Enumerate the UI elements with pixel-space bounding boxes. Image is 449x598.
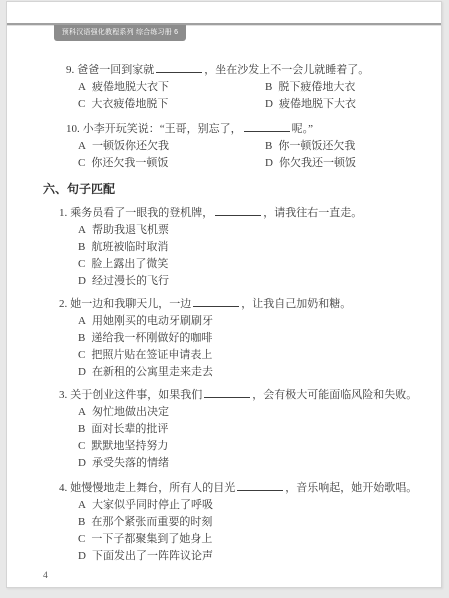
option-text: 疲倦地脱下大衣 [279, 98, 356, 110]
option-letter: C [78, 98, 85, 110]
option-c: C默默地坚持努力 [78, 438, 441, 455]
option-c: C你还欠我一顿饭 [78, 155, 265, 172]
stem-post: ，让我自己加奶和糖。 [241, 298, 351, 310]
option-d: D在新租的公寓里走来走去 [78, 364, 441, 381]
stem-pre: 关于创业这件事，如果我们 [70, 389, 202, 401]
item-stem: 1.乘务员看了一眼我的登机牌，，请我往右一直走。 [7, 203, 441, 222]
question-number: 10. [66, 123, 80, 135]
option-text: 大衣疲倦地脱下 [91, 98, 168, 110]
option-b: B递给我一杯刚做好的咖啡 [78, 330, 441, 347]
option-letter: B [265, 81, 272, 93]
option-letter: D [265, 157, 273, 169]
option-text: 你一顿饭还欠我 [278, 140, 355, 152]
question-10: 10.小李开玩笑说：“王哥，别忘了，呢。” A一顿饭你还欠我 B你一顿饭还欠我 … [7, 119, 441, 172]
option-letter: D [265, 98, 273, 110]
option-b: B脱下疲倦地大衣 [265, 79, 441, 96]
option-text: 递给我一杯刚做好的咖啡 [91, 332, 212, 344]
option-text: 把照片贴在签证申请表上 [91, 349, 212, 361]
option-text: 大家似乎同时停止了呼吸 [92, 499, 213, 511]
item-number: 4. [59, 482, 67, 494]
option-letter: B [78, 423, 85, 435]
match-item-4: 4.她慢慢地走上舞台，所有人的目光，音乐响起，她开始歌唱。 A大家似乎同时停止了… [7, 478, 441, 565]
option-letter: A [78, 499, 86, 511]
option-letter: A [78, 140, 86, 152]
option-text: 在新租的公寓里走来走去 [92, 366, 213, 378]
option-letter: C [78, 533, 85, 545]
blank-line [215, 203, 261, 216]
blank-line [156, 60, 202, 73]
option-text: 在那个紧张而重要的时刻 [91, 516, 212, 528]
options-list: A匆忙地做出决定 B面对长辈的批评 C默默地坚持努力 D承受失落的情绪 [7, 404, 441, 472]
option-d: D疲倦地脱下大衣 [265, 96, 441, 113]
series-badge: 预科汉语强化教程系列 综合练习册 6 [54, 25, 186, 41]
option-letter: D [78, 275, 86, 287]
blank-line [193, 294, 239, 307]
option-letter: A [78, 406, 86, 418]
stem-post: 呢。” [292, 123, 313, 135]
option-letter: C [78, 440, 85, 452]
option-a: A疲倦地脱大衣下 [78, 79, 265, 96]
page-content: 9.爸爸一回到家就，坐在沙发上不一会儿就睡着了。 A疲倦地脱大衣下 B脱下疲倦地… [7, 60, 441, 583]
option-d: D承受失落的情绪 [78, 455, 441, 472]
option-text: 疲倦地脱大衣下 [92, 81, 169, 93]
option-a: A帮助我退飞机票 [78, 222, 441, 239]
option-text: 一下子都聚集到了她身上 [91, 533, 212, 545]
option-a: A用她刚买的电动牙刷刷牙 [78, 313, 441, 330]
option-c: C一下子都聚集到了她身上 [78, 531, 441, 548]
question-stem: 9.爸爸一回到家就，坐在沙发上不一会儿就睡着了。 [7, 60, 441, 79]
option-text: 帮助我退飞机票 [92, 224, 169, 236]
option-text: 承受失落的情绪 [92, 457, 169, 469]
item-stem: 3.关于创业这件事，如果我们，会有极大可能面临风险和失败。 [7, 385, 441, 404]
match-item-3: 3.关于创业这件事，如果我们，会有极大可能面临风险和失败。 A匆忙地做出决定 B… [7, 385, 441, 472]
item-number: 3. [59, 389, 67, 401]
option-d: D你欠我还一顿饭 [265, 155, 441, 172]
option-letter: B [78, 241, 85, 253]
option-b: B你一顿饭还欠我 [265, 138, 441, 155]
item-number: 2. [59, 298, 67, 310]
option-d: D经过漫长的飞行 [78, 273, 441, 290]
option-letter: D [78, 366, 86, 378]
option-text: 航班被临时取消 [91, 241, 168, 253]
option-text: 默默地坚持努力 [91, 440, 168, 452]
option-d: D下面发出了一阵阵议论声 [78, 548, 441, 565]
option-text: 你欠我还一顿饭 [279, 157, 356, 169]
blank-line [237, 478, 283, 491]
stem-post: ，请我往右一直走。 [263, 207, 362, 219]
stem-pre: 乘务员看了一眼我的登机牌， [70, 207, 213, 219]
option-a: A大家似乎同时停止了呼吸 [78, 497, 441, 514]
section-title: 六、句子匹配 [7, 181, 441, 198]
option-b: B航班被临时取消 [78, 239, 441, 256]
option-letter: C [78, 157, 85, 169]
option-b: B在那个紧张而重要的时刻 [78, 514, 441, 531]
blank-line [244, 119, 290, 132]
stem-pre: 小李开玩笑说：“王哥，别忘了， [83, 123, 242, 135]
option-text: 脱下疲倦地大衣 [278, 81, 355, 93]
option-b: B面对长辈的批评 [78, 421, 441, 438]
item-number: 1. [59, 207, 67, 219]
question-number: 9. [66, 64, 74, 76]
option-text: 一顿饭你还欠我 [92, 140, 169, 152]
stem-post: ，会有极大可能面临风险和失败。 [252, 389, 417, 401]
question-9: 9.爸爸一回到家就，坐在沙发上不一会儿就睡着了。 A疲倦地脱大衣下 B脱下疲倦地… [7, 60, 441, 113]
item-stem: 2.她一边和我聊天儿，一边，让我自己加奶和糖。 [7, 294, 441, 313]
options-list: A用她刚买的电动牙刷刷牙 B递给我一杯刚做好的咖啡 C把照片贴在签证申请表上 D… [7, 313, 441, 381]
question-stem: 10.小李开玩笑说：“王哥，别忘了，呢。” [7, 119, 441, 138]
options-grid: A一顿饭你还欠我 B你一顿饭还欠我 C你还欠我一顿饭 D你欠我还一顿饭 [7, 138, 441, 172]
stem-post: ，音乐响起，她开始歌唱。 [285, 482, 417, 494]
option-text: 你还欠我一顿饭 [91, 157, 168, 169]
option-text: 经过漫长的飞行 [92, 275, 169, 287]
match-item-2: 2.她一边和我聊天儿，一边，让我自己加奶和糖。 A用她刚买的电动牙刷刷牙 B递给… [7, 294, 441, 381]
option-a: A一顿饭你还欠我 [78, 138, 265, 155]
option-c: C大衣疲倦地脱下 [78, 96, 265, 113]
option-letter: B [78, 516, 85, 528]
option-c: C把照片贴在签证申请表上 [78, 347, 441, 364]
option-text: 面对长辈的批评 [91, 423, 168, 435]
match-item-1: 1.乘务员看了一眼我的登机牌，，请我往右一直走。 A帮助我退飞机票 B航班被临时… [7, 203, 441, 290]
option-text: 匆忙地做出决定 [92, 406, 169, 418]
options-list: A大家似乎同时停止了呼吸 B在那个紧张而重要的时刻 C一下子都聚集到了她身上 D… [7, 497, 441, 565]
options-list: A帮助我退飞机票 B航班被临时取消 C脸上露出了微笑 D经过漫长的飞行 [7, 222, 441, 290]
option-a: A匆忙地做出决定 [78, 404, 441, 421]
item-stem: 4.她慢慢地走上舞台，所有人的目光，音乐响起，她开始歌唱。 [7, 478, 441, 497]
option-letter: A [78, 224, 86, 236]
option-letter: C [78, 258, 85, 270]
option-letter: B [78, 332, 85, 344]
stem-pre: 爸爸一回到家就 [77, 64, 154, 76]
option-letter: A [78, 315, 86, 327]
stem-pre: 她慢慢地走上舞台，所有人的目光 [70, 482, 235, 494]
option-text: 脸上露出了微笑 [91, 258, 168, 270]
option-letter: B [265, 140, 272, 152]
option-letter: D [78, 550, 86, 562]
page-number: 4 [7, 570, 441, 583]
option-letter: D [78, 457, 86, 469]
scanned-page: 预科汉语强化教程系列 综合练习册 6 9.爸爸一回到家就，坐在沙发上不一会儿就睡… [6, 1, 442, 588]
option-letter: C [78, 349, 85, 361]
option-text: 用她刚买的电动牙刷刷牙 [92, 315, 213, 327]
option-text: 下面发出了一阵阵议论声 [92, 550, 213, 562]
option-c: C脸上露出了微笑 [78, 256, 441, 273]
option-letter: A [78, 81, 86, 93]
options-grid: A疲倦地脱大衣下 B脱下疲倦地大衣 C大衣疲倦地脱下 D疲倦地脱下大衣 [7, 79, 441, 113]
stem-pre: 她一边和我聊天儿，一边 [70, 298, 191, 310]
stem-post: ，坐在沙发上不一会儿就睡着了。 [204, 64, 369, 76]
blank-line [204, 385, 250, 398]
